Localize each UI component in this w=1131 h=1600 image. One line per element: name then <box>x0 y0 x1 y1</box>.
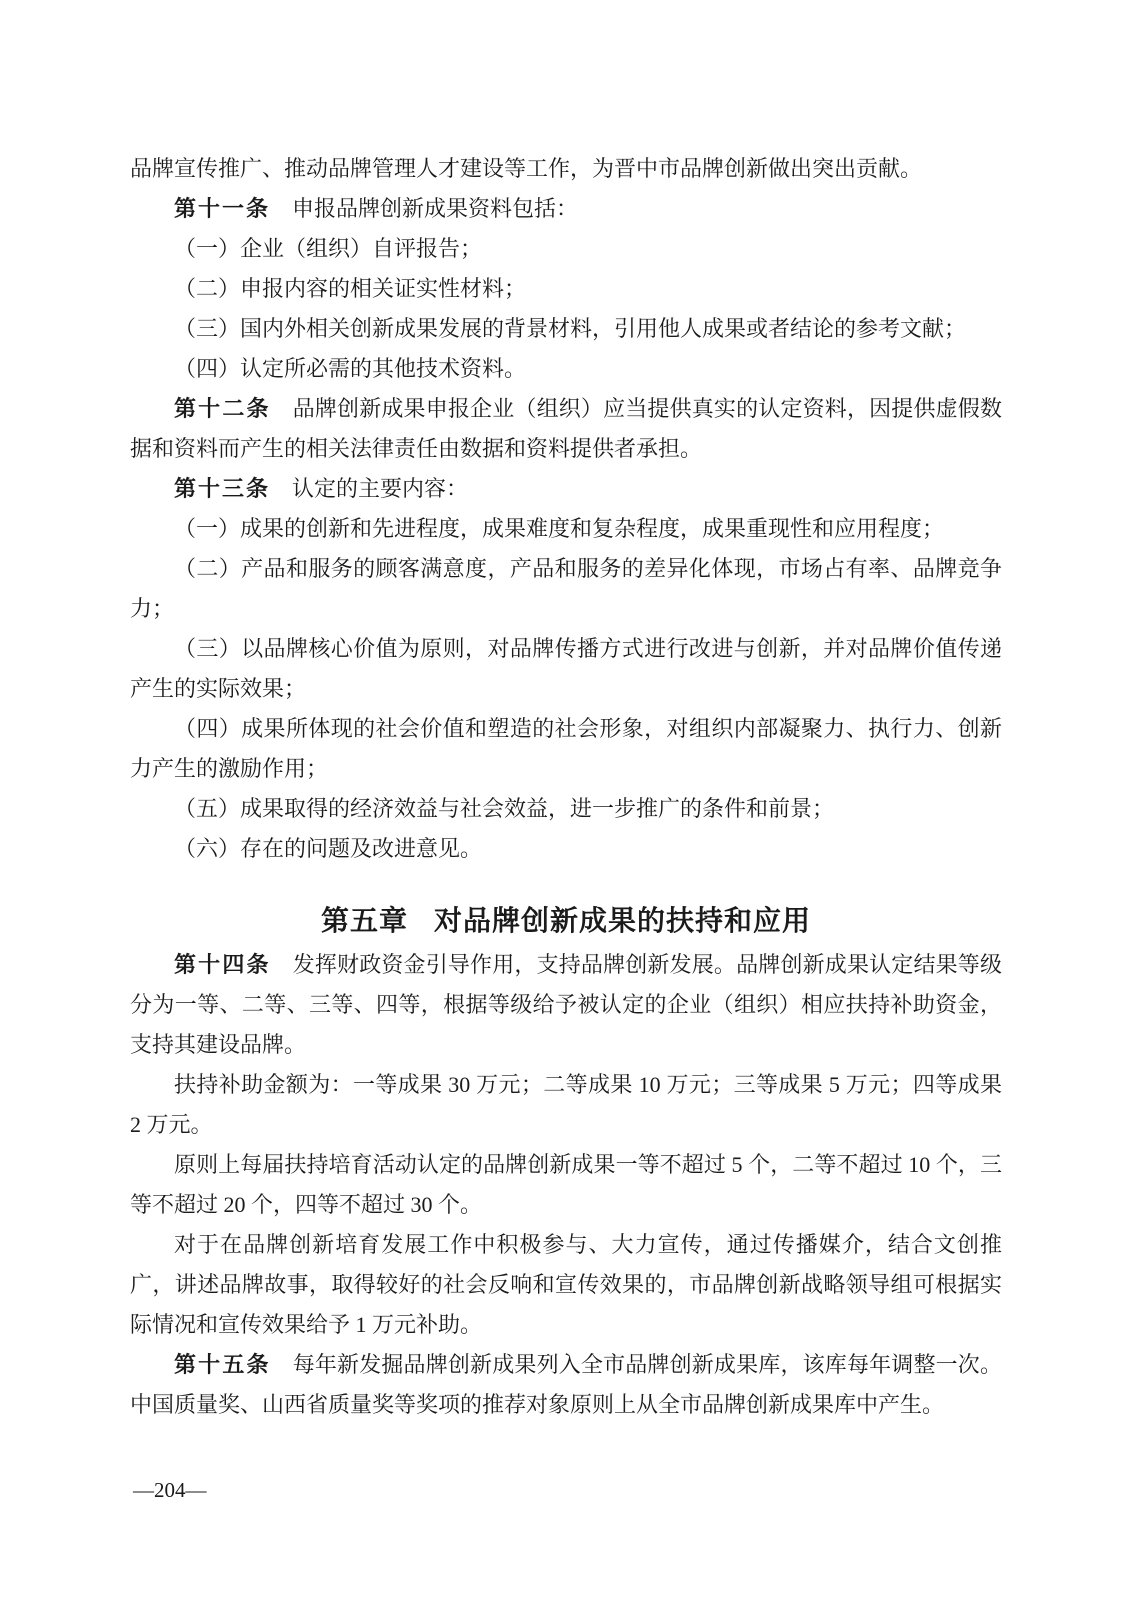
paragraph-text: 对于在品牌创新培育发展工作中积极参与、大力宣传，通过传播媒介，结合文创推广，讲述… <box>130 1232 1002 1337</box>
paragraph-text: （六）存在的问题及改进意见。 <box>174 836 482 861</box>
document-page: 品牌宣传推广、推动品牌管理人才建设等工作，为晋中市品牌创新做出突出贡献。 第十一… <box>0 0 1131 1600</box>
paragraph-text: 申报品牌创新成果资料包括： <box>292 196 578 221</box>
article-number-label: 第十二条 <box>174 396 271 421</box>
document-body: 品牌宣传推广、推动品牌管理人才建设等工作，为晋中市品牌创新做出突出贡献。 第十一… <box>130 149 1002 1425</box>
article-number-label: 第十一条 <box>174 196 270 221</box>
paragraph: 扶持补助金额为：一等成果 30 万元；二等成果 10 万元；三等成果 5 万元；… <box>130 1065 1002 1145</box>
paragraph: （一）企业（组织）自评报告； <box>130 229 1002 269</box>
paragraph: （六）存在的问题及改进意见。 <box>130 829 1002 869</box>
paragraph: 原则上每届扶持培育活动认定的品牌创新成果一等不超过 5 个，二等不超过 10 个… <box>130 1145 1002 1225</box>
paragraph: （四）认定所必需的其他技术资料。 <box>130 349 1002 389</box>
paragraph: 品牌宣传推广、推动品牌管理人才建设等工作，为晋中市品牌创新做出突出贡献。 <box>130 149 1002 189</box>
paragraph-text: （四）认定所必需的其他技术资料。 <box>174 356 526 381</box>
paragraph: 对于在品牌创新培育发展工作中积极参与、大力宣传，通过传播媒介，结合文创推广，讲述… <box>130 1225 1002 1345</box>
paragraph: 第十三条认定的主要内容： <box>130 469 1002 509</box>
paragraph: （三）以品牌核心价值为原则，对品牌传播方式进行改进与创新，并对品牌价值传递产生的… <box>130 629 1002 709</box>
paragraph: 第十四条发挥财政资金引导作用，支持品牌创新发展。品牌创新成果认定结果等级分为一等… <box>130 945 1002 1065</box>
paragraph-text: （一）企业（组织）自评报告； <box>174 236 482 261</box>
article-number-label: 第十五条 <box>174 1352 271 1377</box>
paragraph: （一）成果的创新和先进程度，成果难度和复杂程度，成果重现性和应用程度； <box>130 509 1002 549</box>
paragraph: 第十五条每年新发掘品牌创新成果列入全市品牌创新成果库，该库每年调整一次。中国质量… <box>130 1345 1002 1425</box>
paragraph: 第十二条品牌创新成果申报企业（组织）应当提供真实的认定资料，因提供虚假数据和资料… <box>130 389 1002 469</box>
paragraph: （二）申报内容的相关证实性材料； <box>130 269 1002 309</box>
paragraph: （四）成果所体现的社会价值和塑造的社会形象，对组织内部凝聚力、执行力、创新力产生… <box>130 709 1002 789</box>
paragraph-text: 扶持补助金额为：一等成果 30 万元；二等成果 10 万元；三等成果 5 万元；… <box>130 1072 1002 1137</box>
article-number-label: 第十四条 <box>174 952 271 977</box>
paragraph-text: （二）产品和服务的顾客满意度，产品和服务的差异化体现，市场占有率、品牌竞争力； <box>130 556 1002 621</box>
paragraph: 第十一条申报品牌创新成果资料包括： <box>130 189 1002 229</box>
chapter-heading: 第五章对品牌创新成果的扶持和应用 <box>130 897 1002 945</box>
paragraph-text: （三）以品牌核心价值为原则，对品牌传播方式进行改进与创新，并对品牌价值传递产生的… <box>130 636 1002 701</box>
page-number: —204— <box>133 1477 207 1503</box>
paragraph-text: （二）申报内容的相关证实性材料； <box>174 276 526 301</box>
article-number-label: 第十三条 <box>174 476 270 501</box>
paragraph: （二）产品和服务的顾客满意度，产品和服务的差异化体现，市场占有率、品牌竞争力； <box>130 549 1002 629</box>
chapter-number: 第五章 <box>321 905 408 936</box>
paragraph-text: （三）国内外相关创新成果发展的背景材料，引用他人成果或者结论的参考文献； <box>174 316 966 341</box>
paragraph-text: （四）成果所体现的社会价值和塑造的社会形象，对组织内部凝聚力、执行力、创新力产生… <box>130 716 1002 781</box>
paragraph-text: （五）成果取得的经济效益与社会效益，进一步推广的条件和前景； <box>174 796 834 821</box>
chapter-title: 对品牌创新成果的扶持和应用 <box>434 905 811 936</box>
paragraph: （五）成果取得的经济效益与社会效益，进一步推广的条件和前景； <box>130 789 1002 829</box>
paragraph: （三）国内外相关创新成果发展的背景材料，引用他人成果或者结论的参考文献； <box>130 309 1002 349</box>
paragraph-text: 品牌宣传推广、推动品牌管理人才建设等工作，为晋中市品牌创新做出突出贡献。 <box>130 156 922 181</box>
paragraph-text: 认定的主要内容： <box>292 476 468 501</box>
paragraph-text: （一）成果的创新和先进程度，成果难度和复杂程度，成果重现性和应用程度； <box>174 516 944 541</box>
paragraph-text: 原则上每届扶持培育活动认定的品牌创新成果一等不超过 5 个，二等不超过 10 个… <box>130 1152 1002 1217</box>
